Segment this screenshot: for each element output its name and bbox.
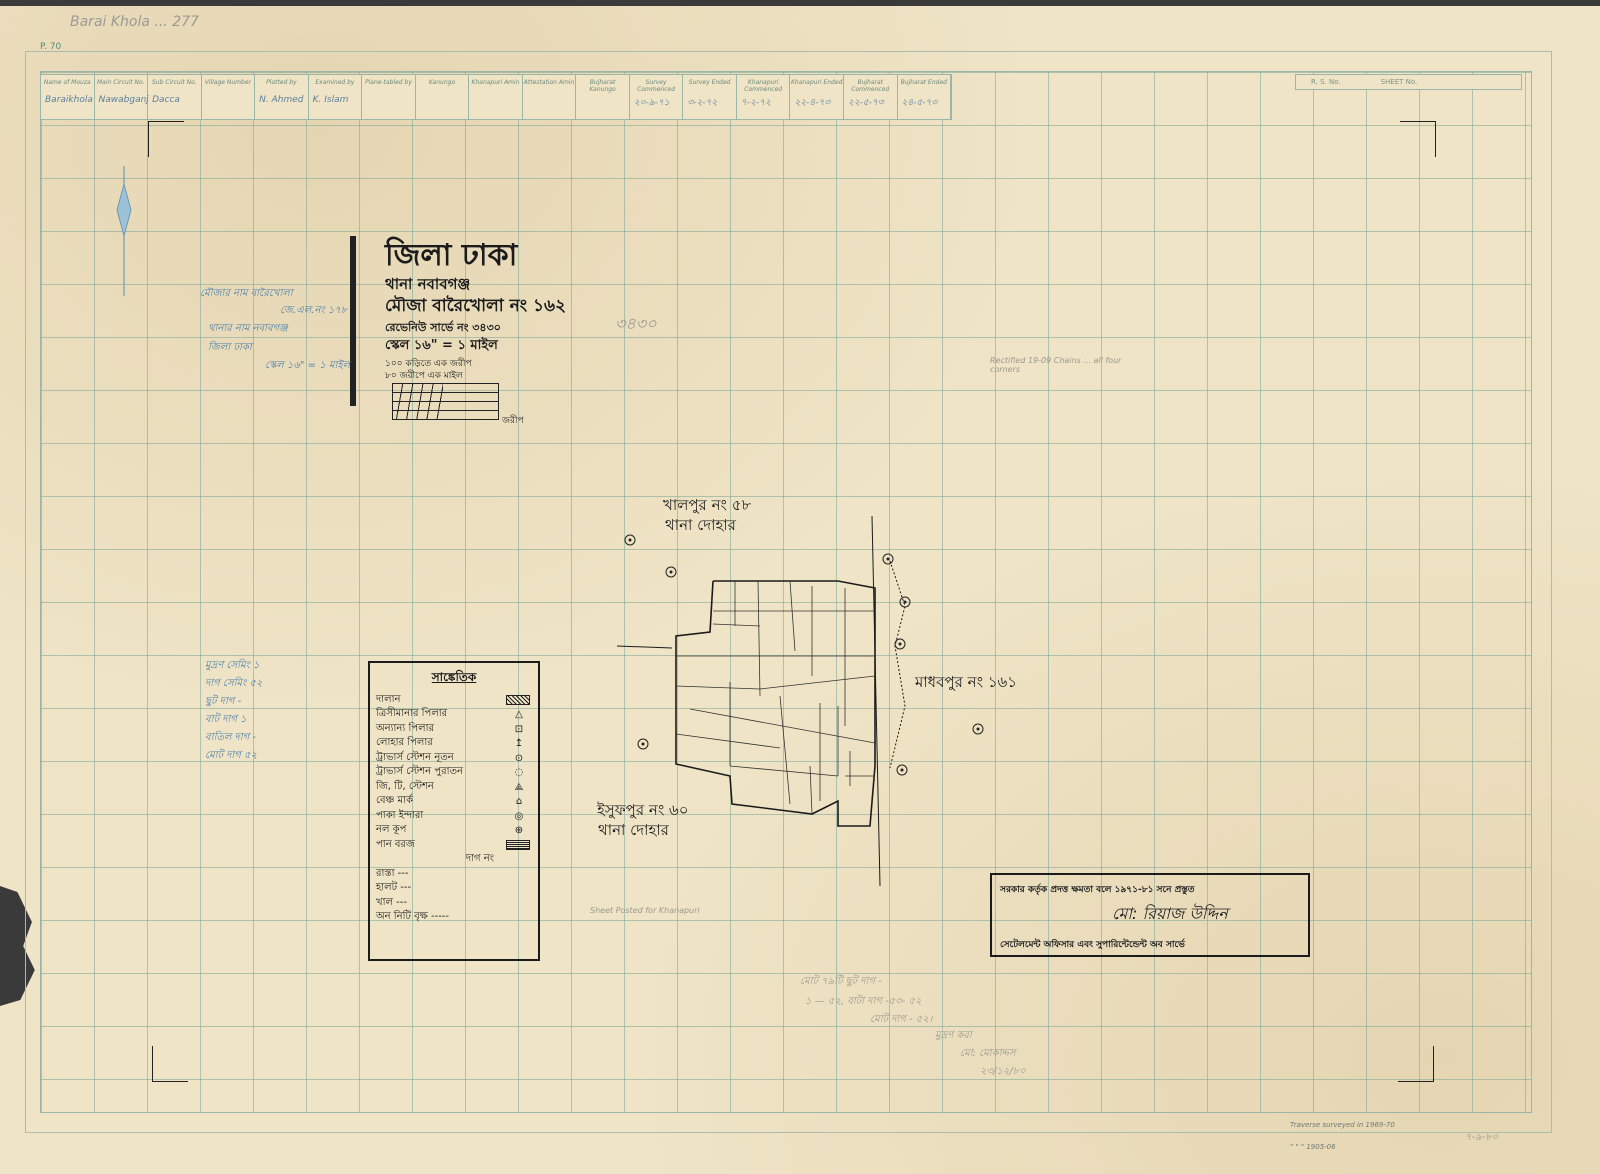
certificate-box: সরকার কর্তৃক প্রদত্ত ক্ষমতা বলে ১৯৭১-৮১ … [990,873,1310,957]
count-line: মুদ্রণ সেমিং ১ [205,658,259,675]
pencil-bottom-line: মোট দাগ - ৫২। [870,1012,932,1029]
pencil-bottom-line: মো: মোকাদ্দস [960,1046,1015,1063]
traverse-station-new-icon: ⊙ [508,753,530,764]
count-line: দাগ সেমিং ৫২ [205,676,262,693]
building-icon [506,695,530,705]
pencil-khanapuri-note: Sheet Posted for Khanapuri [590,906,700,915]
legend-title: সাঙ্কেতিক [370,669,538,689]
note-mouza-name: মৌজার নাম বারৈখোলা [200,286,293,303]
pencil-bottom-line: ১ — ৫২, বাটা দাগ -৫৩- ৫২ [805,994,921,1011]
count-line: বাতিল দাগ - [205,730,256,747]
officer-signature: মো: রিয়াজ উদ্দিন [1112,901,1228,928]
map-drawing [0,6,1600,1174]
traverse-survey-note: Traverse surveyed in 1969-70 [1290,1121,1395,1129]
betel-garden-icon [506,840,530,850]
neighbour-khalpur-thana: থানা দোহার [665,514,736,539]
traverse-survey-note-2: " " " 1905-06 [1290,1143,1336,1151]
count-line: বাট দাগ ১ [205,712,246,729]
traverse-stations [625,535,983,775]
tube-well-icon: ⊕ [508,825,530,836]
pencil-rectified-note: Rectified 19-09 Chains ... all four corn… [990,356,1150,374]
certificate-line-1: সরকার কর্তৃক প্রদত্ত ক্ষমতা বলে ১৯৭১-৮১ … [1000,882,1195,897]
neighbour-madhabpur: মাধবপুর নং ১৬১ [915,671,1017,696]
note-scale: স্কেল ১৬" = ১ মাইল [265,358,350,375]
note-thana-name: থানার নাম নবাবগঞ্জ [208,321,288,338]
bench-mark-icon: ⌂ [508,796,530,807]
certificate-line-3: সেটেলমেন্ট অফিসার এবং সুপারিন্টেন্ডেন্ট … [1000,937,1185,952]
note-district: জিলা ঢাকা [208,340,252,357]
note-jl-no: জে.এল.নং ১৭৮ [280,303,347,320]
pencil-bottom-line: ২৩/১২/৮০ [980,1064,1026,1081]
map-sheet: Barai Khola ... 277 P. 70 Name of MouzaB… [0,6,1600,1174]
pencil-date: ৭-৯-৮০ [1465,1130,1498,1147]
north-arrow-icon [117,166,131,296]
count-line: মোট দাগ ৫২ [205,748,257,765]
gt-station-icon: ⟁ [508,782,530,793]
pencil-bottom-line: মুদ্রণ করা [935,1028,972,1045]
neighbour-isufpur-thana: থানা দোহার [598,819,669,844]
traverse-station-old-icon: ◌ [508,767,530,778]
other-pillar-icon: ⊡ [508,724,530,735]
legend-item: পান বরজ [370,838,538,853]
count-line: ছুট দাগ - [205,694,241,711]
plot-lines [676,581,875,814]
pucca-well-icon: ◎ [508,811,530,822]
tri-junction-pillar-icon: △ [508,709,530,720]
pencil-bottom-line: মোট ৭৯টি ছুট দাগ - [800,974,882,991]
iron-pillar-icon: ↥ [508,738,530,749]
legend-box: সাঙ্কেতিক দালান ত্রিসীমানার পিলার△ অন্যা… [368,661,540,961]
pencil-revenue-no: ৩৪৩০ [615,311,657,338]
legend-line: অন নিটি বৃক্ষ ----- [370,911,538,926]
